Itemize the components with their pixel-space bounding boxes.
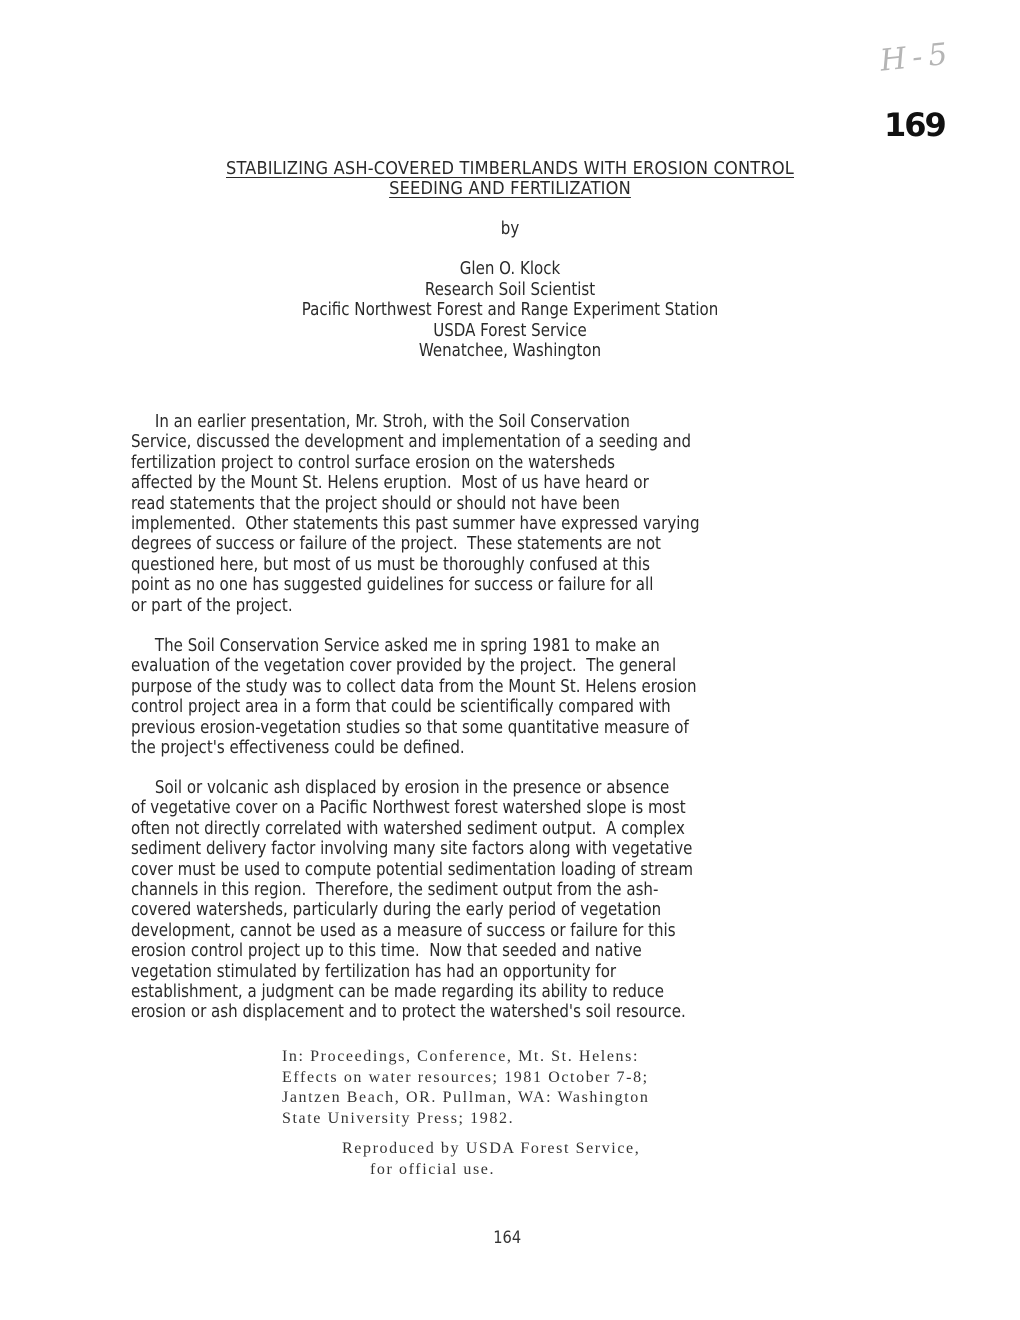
page-number: 164 xyxy=(69,1228,946,1248)
paper-title-line-1: STABILIZING ASH-COVERED TIMBERLANDS WITH… xyxy=(0,158,1020,179)
body-paragraph-3: Soil or volcanic ash displaced by erosio… xyxy=(131,778,785,1023)
author-agency: USDA Forest Service xyxy=(71,321,948,342)
author-position: Research Soil Scientist xyxy=(71,280,948,301)
author-location: Wenatchee, Washington xyxy=(71,341,948,362)
handwritten-code-annotation: H-5 xyxy=(878,36,955,78)
handwritten-page-annotation: 169 xyxy=(884,106,945,144)
byline: by xyxy=(71,219,948,239)
body-paragraph-2: The Soil Conservation Service asked me i… xyxy=(131,636,785,758)
author-station: Pacific Northwest Forest and Range Exper… xyxy=(71,300,948,321)
paper-title-line-2: SEEDING AND FERTILIZATION xyxy=(0,178,1020,199)
author-name: Glen O. Klock xyxy=(71,259,948,280)
citation-reproduction-note: Reproduced by USDA Forest Service, for o… xyxy=(342,1139,640,1180)
author-block: Glen O. Klock Research Soil Scientist Pa… xyxy=(71,259,948,362)
title-text-2: SEEDING AND FERTILIZATION xyxy=(389,178,631,199)
title-text-1: STABILIZING ASH-COVERED TIMBERLANDS WITH… xyxy=(226,158,794,179)
citation-source: In: Proceedings, Conference, Mt. St. Hel… xyxy=(282,1047,650,1129)
body-paragraph-1: In an earlier presentation, Mr. Stroh, w… xyxy=(131,412,785,616)
